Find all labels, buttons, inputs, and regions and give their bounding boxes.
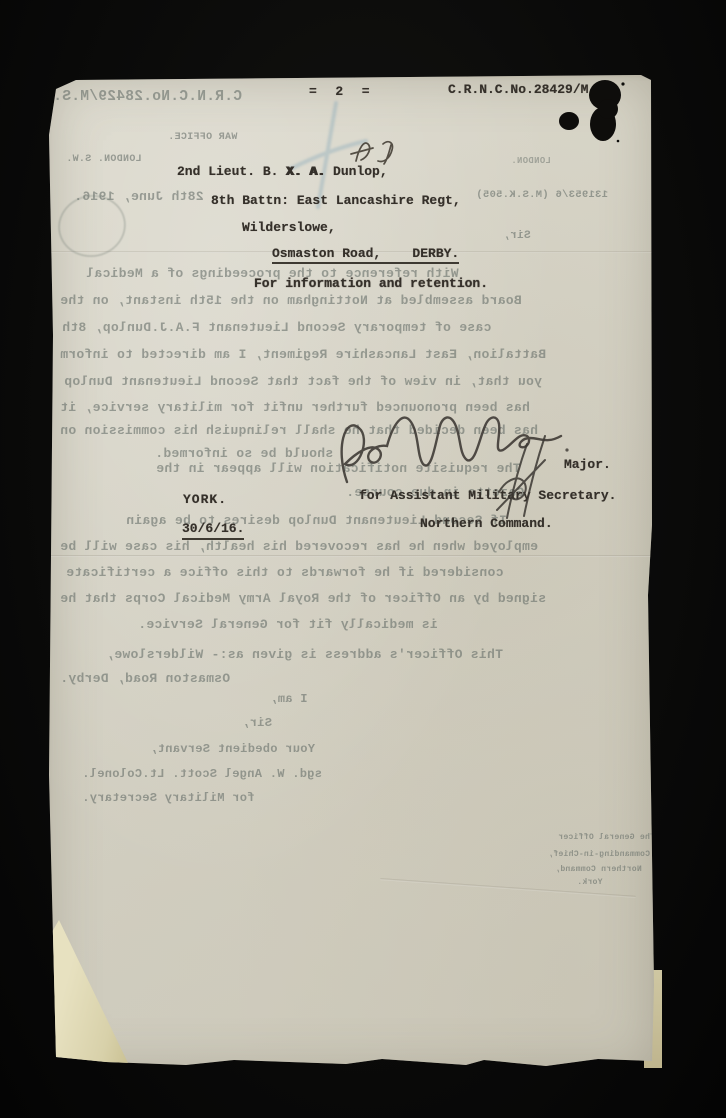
signature-scrawl (331, 398, 581, 550)
bleed-body-line: is medically fit for General Service. (138, 617, 438, 632)
recipient-unit-line: 8th Battn: East Lancashire Regt, (211, 193, 461, 208)
bleed-war-office: WAR OFFICE. (168, 132, 237, 143)
recipient-house-line: Wilderslowe, (242, 220, 336, 235)
bleed-body-line: Osmaston Road, Derby. (60, 671, 230, 686)
bleed-body-line: you that, in view of the fact that Secon… (64, 374, 542, 389)
bleed-london-2: LONDON. (511, 156, 551, 166)
bleed-address-line: Commanding-in-Chief, (548, 850, 650, 859)
bleed-body-line: signed by an Officer of the Royal Army M… (60, 591, 546, 606)
bleed-ref-number: 131953/6 (M.S.K.505) (476, 189, 608, 201)
folded-corner (46, 920, 130, 1065)
reference-number: C.R.N.C.No.28429/M. (448, 82, 596, 97)
bleed-closing-line: sgd. W. Angel Scott. Lt.Colonel. (82, 767, 322, 781)
recipient-name-prefix: 2nd Lieut. B. (177, 164, 286, 179)
ink-blot-large (588, 79, 628, 145)
ink-blot-small (558, 111, 580, 131)
bleed-closing-line: I am, (270, 692, 308, 706)
recipient-street-line: Osmaston Road, DERBY. (272, 246, 459, 264)
struck-initials: X. A. (286, 164, 325, 179)
bleed-reference: C.R.N.C.No.28429/M.S. (53, 89, 242, 105)
handwritten-correction (346, 135, 401, 167)
bleed-body-line: should be so informed. (155, 446, 333, 461)
bleed-body-line: case of temporary Second Lieutenant F.A.… (62, 320, 491, 335)
bleed-closing-line: Your obedient Servant, (150, 742, 315, 756)
photograph-background: C.R.N.C.No.28429/M.S. WAR OFFICE. LONDON… (0, 0, 726, 1118)
bleed-body-line: Battalion, East Lancashire Regiment, I a… (60, 347, 546, 362)
crease-line (46, 555, 656, 557)
bleed-closing-line: for Military Secretary. (82, 791, 255, 805)
letter-page: C.R.N.C.No.28429/M.S. WAR OFFICE. LONDON… (46, 75, 656, 1075)
bleed-london: LONDON. S.W. (66, 154, 142, 165)
page-number: = 2 = (309, 84, 371, 99)
bleed-address-line: The General Officer (558, 833, 655, 842)
bleed-address-line: Northern Command, (555, 865, 642, 874)
bleed-body-line: This Officer's address is given as:- Wil… (106, 647, 503, 662)
subject-line: For information and retention. (254, 276, 488, 291)
place-line: YORK. (183, 492, 227, 507)
bleed-body-line: considered if he forwards to this office… (66, 565, 503, 580)
bleed-address-line: York. (577, 878, 603, 887)
bleed-body-line: Board assembled at Nottingham on the 15t… (60, 293, 522, 308)
bleed-closing-line: Sir, (242, 716, 272, 730)
bleed-salutation: Sir, (503, 230, 531, 242)
date-line: 30/6/16. (182, 521, 244, 540)
